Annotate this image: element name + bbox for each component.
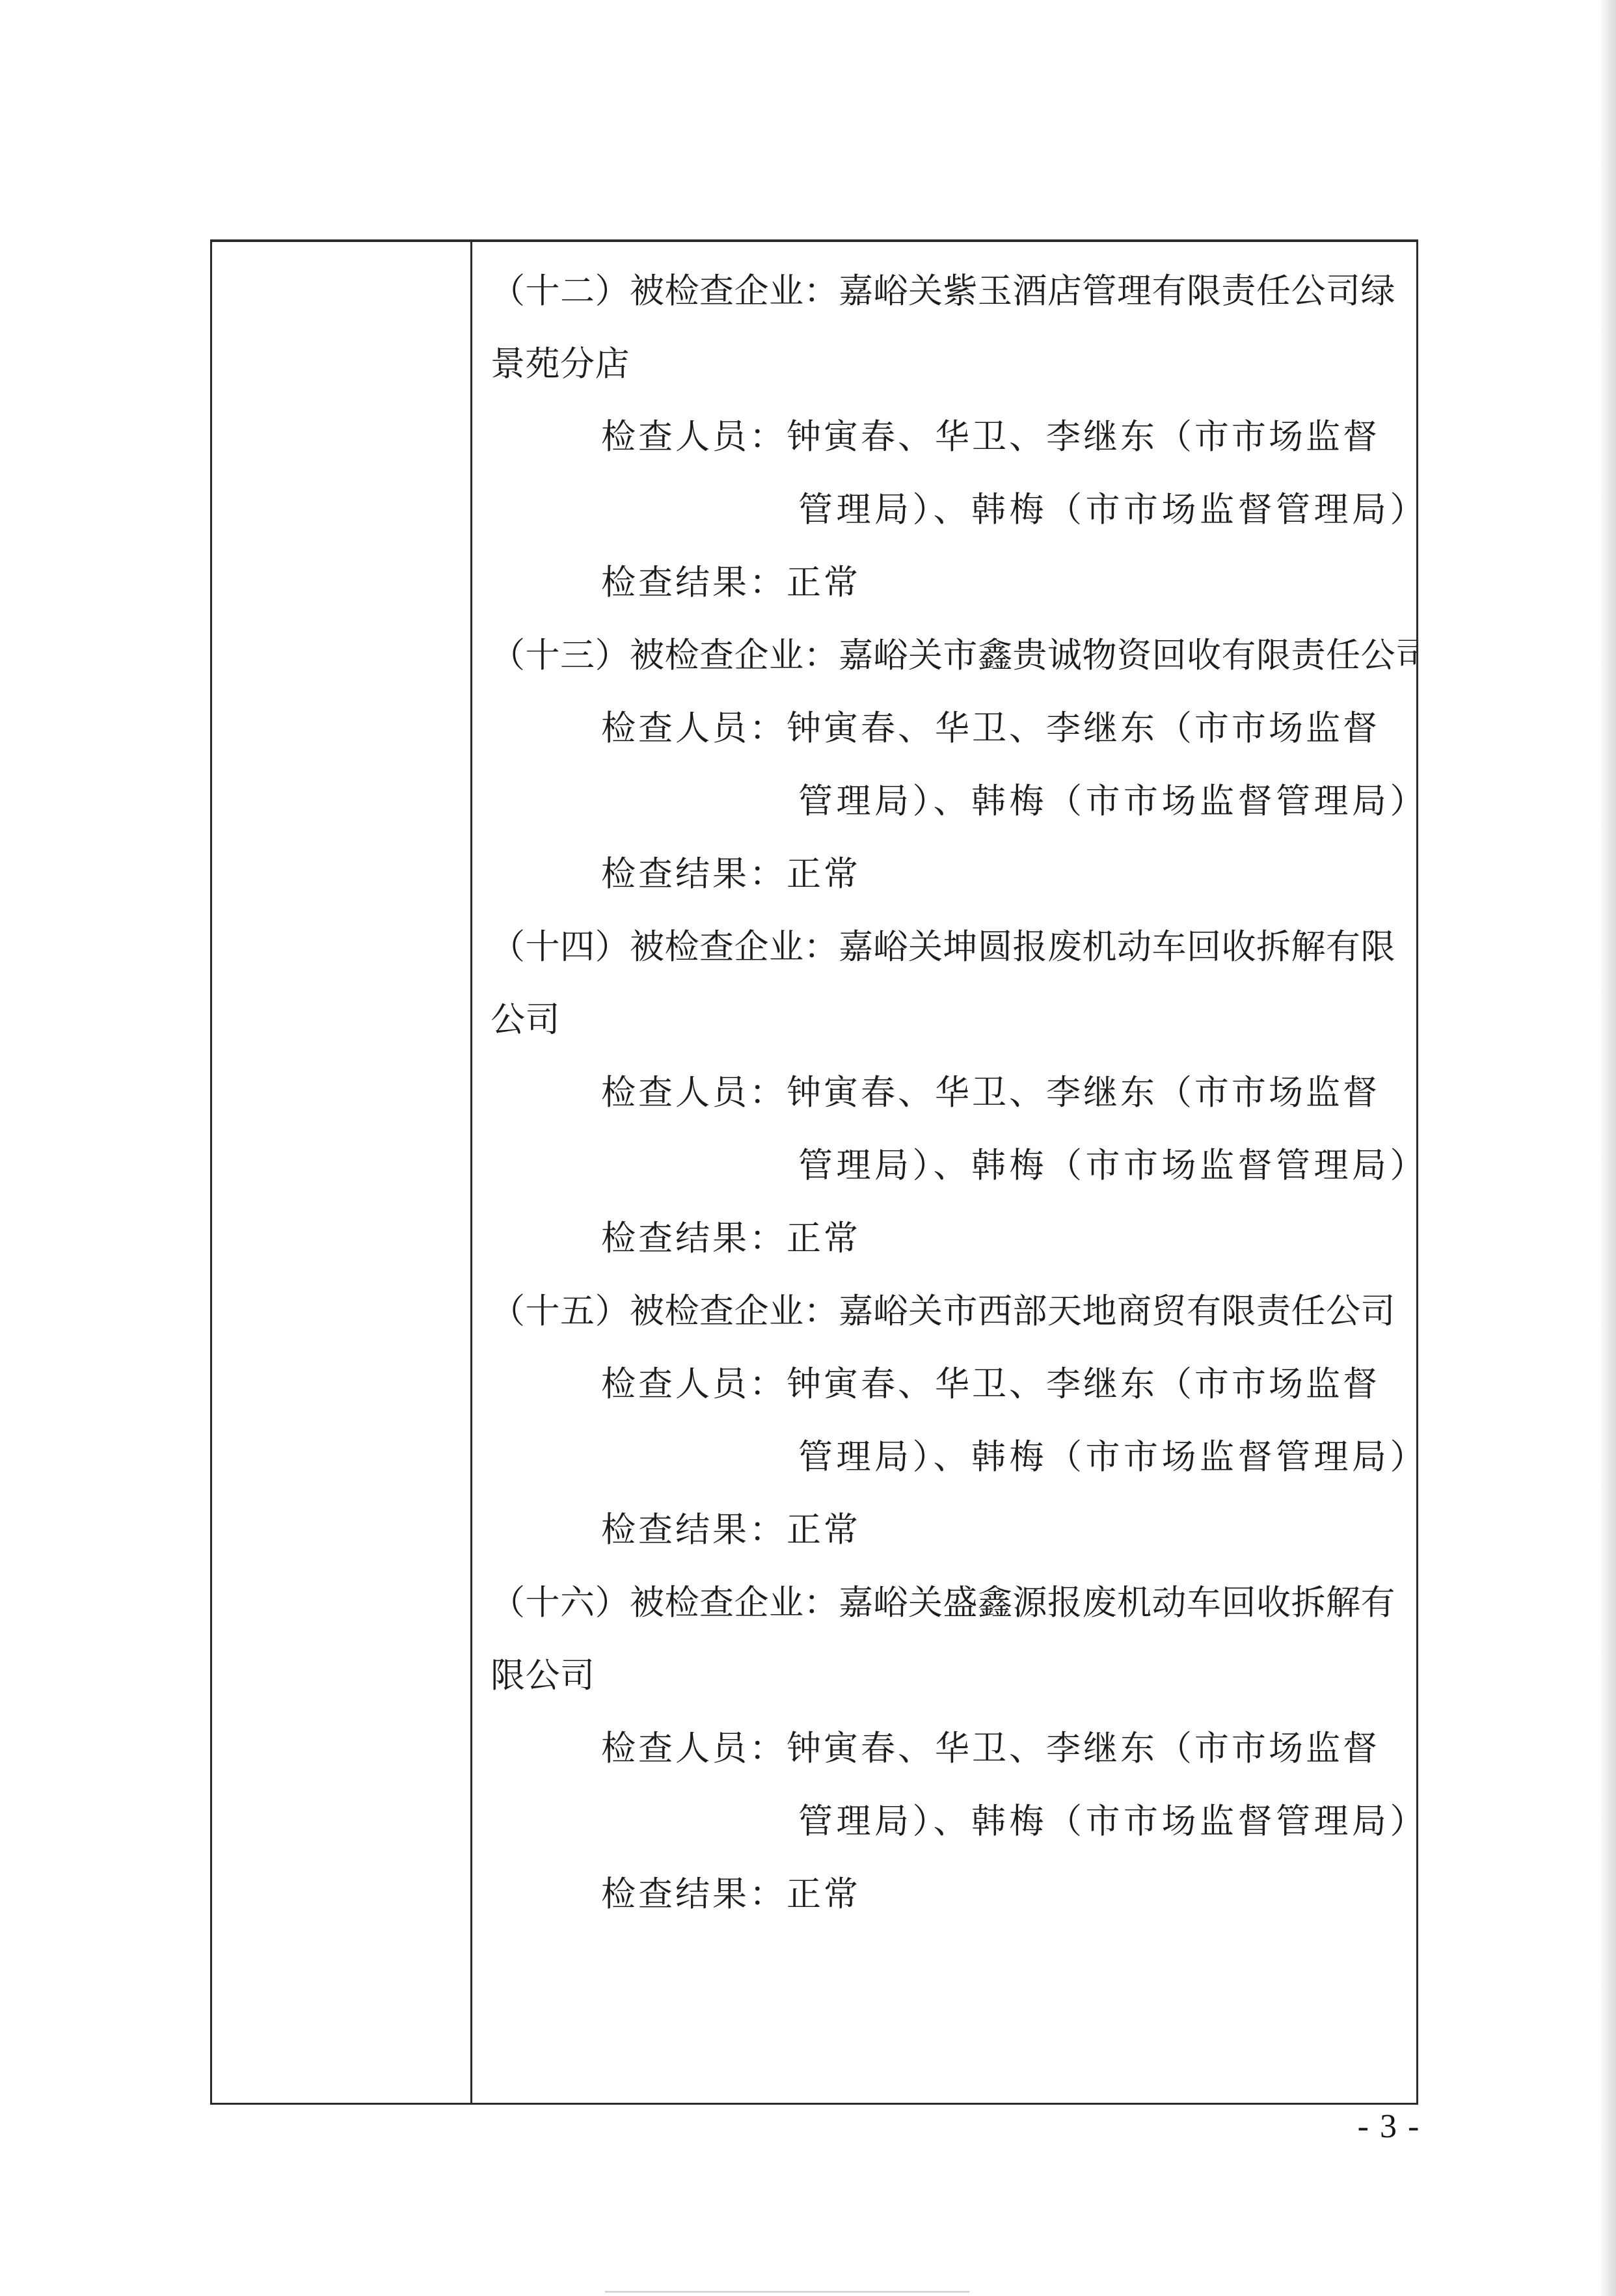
text-line-company-cont: 限公司 — [491, 1640, 1411, 1712]
table-right-column: （十二）被检查企业：嘉峪关紫玉酒店管理有限责任公司绿 景苑分店 检查人员：钟寅春… — [472, 242, 1416, 2103]
text-line-inspectors-cont: 管理局）、韩梅（市市场监督管理局） — [491, 1129, 1411, 1202]
page-number: - 3 - — [1301, 2107, 1477, 2147]
text-line-result: 检查结果：正常 — [491, 838, 1411, 911]
scan-edge-artifact — [1600, 0, 1616, 2296]
text-line-company: （十六）被检查企业：嘉峪关盛鑫源报废机动车回收拆解有 — [491, 1567, 1411, 1640]
text-line-inspectors-cont: 管理局）、韩梅（市市场监督管理局） — [491, 765, 1411, 838]
text-line-company-cont: 公司 — [491, 984, 1411, 1057]
text-line-company: （十五）被检查企业：嘉峪关市西部天地商贸有限责任公司 — [491, 1275, 1411, 1348]
text-line-company: （十二）被检查企业：嘉峪关紫玉酒店管理有限责任公司绿 — [491, 255, 1411, 328]
text-line-company-cont: 景苑分店 — [491, 328, 1411, 401]
inspection-table: （十二）被检查企业：嘉峪关紫玉酒店管理有限责任公司绿 景苑分店 检查人员：钟寅春… — [210, 239, 1418, 2105]
table-left-column — [212, 242, 472, 2103]
text-line-inspectors: 检查人员：钟寅春、华卫、李继东（市市场监督 — [491, 401, 1411, 474]
text-line-company: （十三）被检查企业：嘉峪关市鑫贵诚物资回收有限责任公司 — [491, 619, 1411, 692]
scan-smudge-artifact — [605, 2291, 969, 2293]
text-line-result: 检查结果：正常 — [491, 1858, 1411, 1931]
text-line-inspectors-cont: 管理局）、韩梅（市市场监督管理局） — [491, 1421, 1411, 1494]
text-line-inspectors: 检查人员：钟寅春、华卫、李继东（市市场监督 — [491, 692, 1411, 765]
document-page: （十二）被检查企业：嘉峪关紫玉酒店管理有限责任公司绿 景苑分店 检查人员：钟寅春… — [0, 0, 1616, 2296]
text-line-result: 检查结果：正常 — [491, 1494, 1411, 1567]
text-line-company: （十四）被检查企业：嘉峪关坤圆报废机动车回收拆解有限 — [491, 911, 1411, 984]
text-line-inspectors: 检查人员：钟寅春、华卫、李继东（市市场监督 — [491, 1348, 1411, 1421]
text-line-inspectors-cont: 管理局）、韩梅（市市场监督管理局） — [491, 474, 1411, 547]
text-line-inspectors: 检查人员：钟寅春、华卫、李继东（市市场监督 — [491, 1057, 1411, 1129]
text-line-result: 检查结果：正常 — [491, 547, 1411, 619]
text-line-inspectors-cont: 管理局）、韩梅（市市场监督管理局） — [491, 1785, 1411, 1858]
text-line-result: 检查结果：正常 — [491, 1202, 1411, 1275]
text-line-inspectors: 检查人员：钟寅春、华卫、李继东（市市场监督 — [491, 1712, 1411, 1785]
